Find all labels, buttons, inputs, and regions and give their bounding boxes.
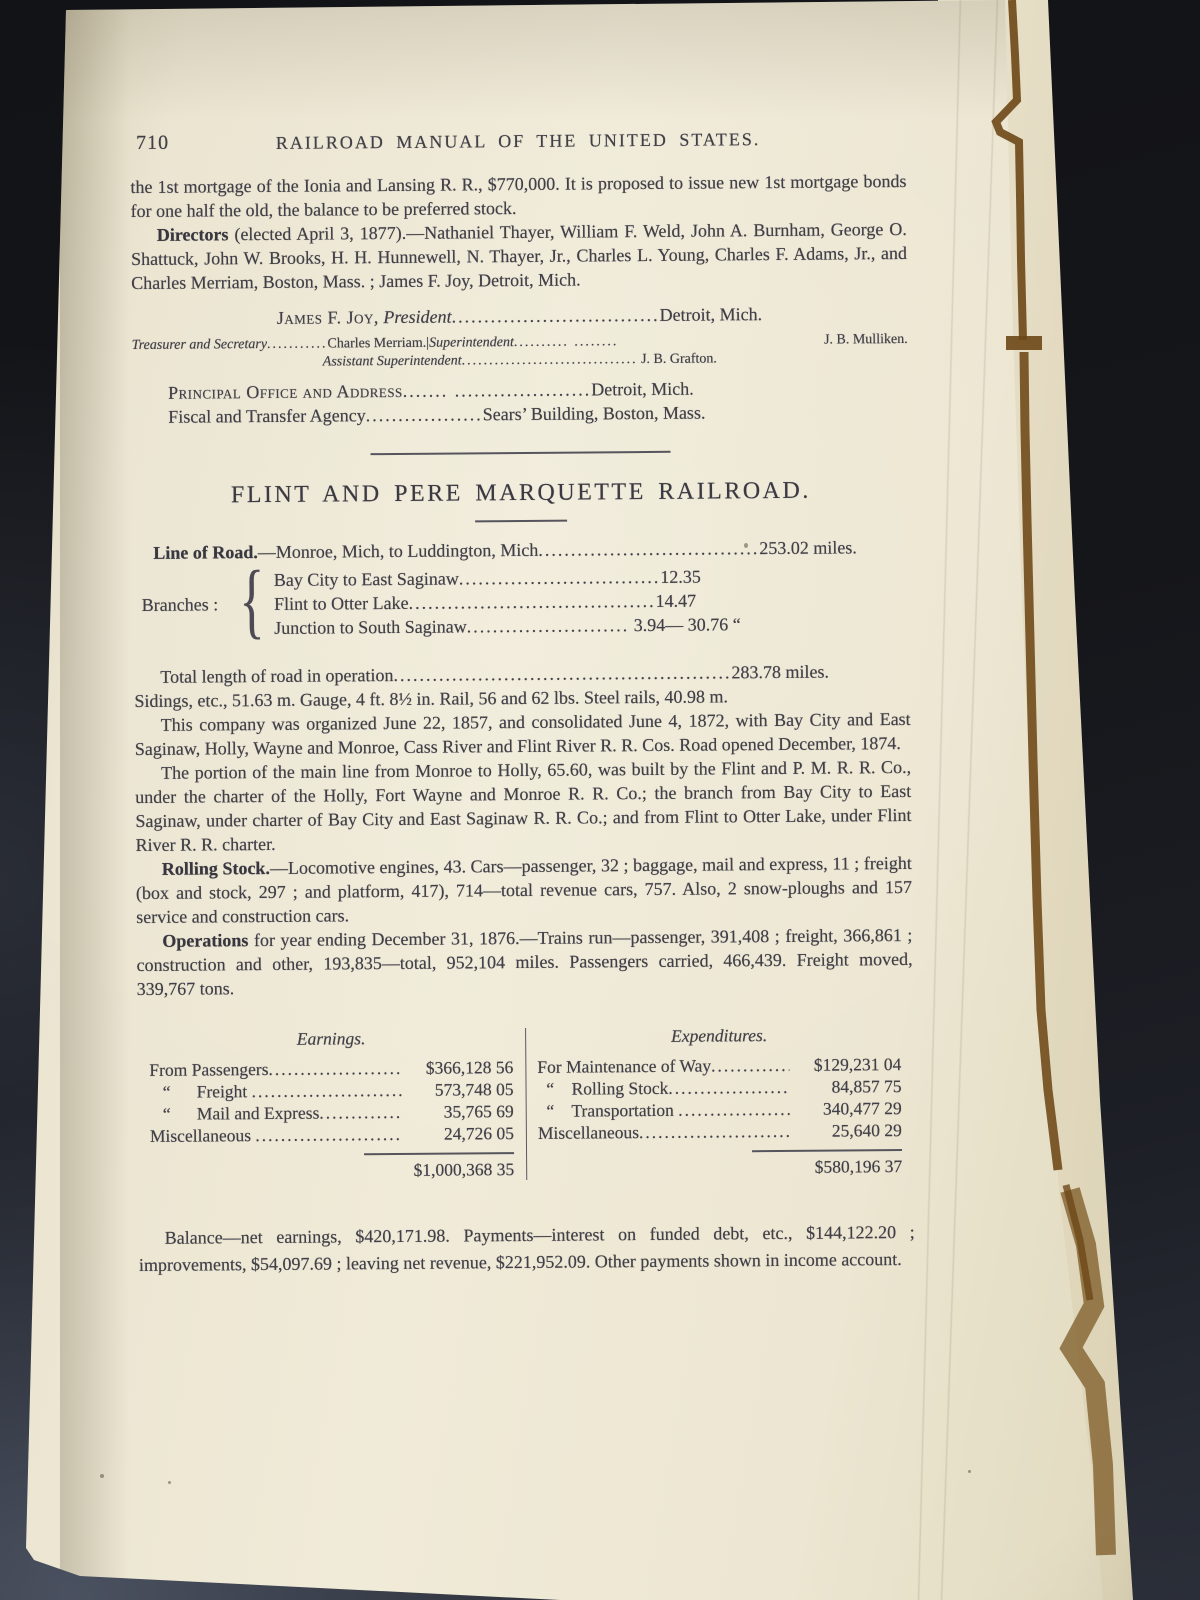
president-line: James F. Joy, President.................… — [131, 301, 907, 331]
row-value: 25,640 29 — [790, 1119, 902, 1142]
superintendent-name: J. B. Mulliken. — [824, 331, 908, 350]
leader-dots: .................. — [366, 404, 483, 425]
total-length-text: Total length of road in operation — [160, 665, 393, 687]
president-title: President — [379, 307, 452, 328]
row-label: Miscellaneous — [538, 1121, 639, 1144]
branch-text: Junction to South Saginaw — [274, 616, 467, 638]
paper-speck — [100, 1474, 104, 1478]
row-label: “ Mail and Express — [150, 1102, 320, 1125]
expenditures-header: Expenditures. — [537, 1023, 901, 1048]
row-label: From Passengers — [149, 1058, 268, 1081]
page-content: 710 RAILROAD MANUAL OF THE UNITED STATES… — [130, 125, 915, 1297]
leader-dots: ........................................… — [639, 1120, 790, 1143]
total-length-miles: 283.78 miles. — [731, 662, 829, 683]
fiscal-agency-label: Fiscal and Transfer Agency — [168, 405, 366, 427]
balance-paragraph: Balance—net earnings, $420,171.98. Payme… — [139, 1219, 915, 1279]
leader-dots: ........................................… — [319, 1101, 402, 1124]
branch-item: Bay City to East Saginaw................… — [274, 564, 741, 592]
total-rule — [364, 1152, 514, 1155]
directors-text: (elected April 3, 1877).—Nathaniel Thaye… — [131, 219, 907, 293]
row-label: Miscellaneous — [150, 1124, 256, 1147]
leader-dots: ................................ — [452, 305, 660, 327]
branch-item: Flint to Otter Lake.....................… — [274, 588, 741, 616]
earnings-column: Earnings. From Passengers...............… — [137, 1026, 526, 1183]
title-underline-rule — [475, 520, 567, 523]
paper-speck — [968, 1470, 971, 1473]
leader-dots: ............................... — [459, 567, 661, 589]
page-gutter-shadow — [60, 0, 130, 1600]
leader-dots: ........................................… — [711, 1054, 789, 1077]
leader-dots: ....... ..................... — [403, 379, 592, 400]
section-divider-rule — [371, 451, 671, 455]
directors-lead: Directors — [157, 224, 229, 245]
table-row: For Maintenance of Way..................… — [537, 1053, 901, 1078]
company-paragraph: This company was organized June 22, 1857… — [135, 707, 911, 761]
leader-dots: ........................................… — [252, 1079, 402, 1102]
branch-item: Junction to South Saginaw...............… — [274, 612, 741, 640]
leader-dots: .......... ........ — [514, 332, 824, 352]
leader-dots: ........................................… — [268, 1057, 401, 1080]
intro-paragraph: the 1st mortgage of the Ionia and Lansin… — [130, 169, 906, 223]
paper-speck — [168, 1481, 171, 1484]
branch-miles: 3.94— 30.76 “ — [629, 614, 741, 635]
table-row: “ Transportation .......................… — [538, 1097, 902, 1122]
row-label: For Maintenance of Way — [537, 1055, 711, 1078]
row-label: “ Transportation — [538, 1099, 679, 1122]
brace-glyph: { — [239, 566, 265, 636]
branch-miles: 14.47 — [655, 591, 696, 611]
branches-block: Branches : { Bay City to East Saginaw...… — [133, 561, 910, 643]
rolling-stock-lead: Rolling Stock. — [162, 858, 270, 879]
branch-text: Bay City to East Saginaw — [274, 568, 459, 589]
branch-miles: 12.35 — [660, 567, 701, 587]
superintendent-label: Superintendent — [429, 334, 514, 353]
fiscal-agency-value: Sears’ Building, Boston, Mass. — [483, 403, 706, 425]
row-label: “ Freight — [149, 1080, 251, 1103]
portion-paragraph: The portion of the main line from Monroe… — [135, 755, 912, 857]
running-header-title: RAILROAD MANUAL OF THE UNITED STATES. — [130, 126, 906, 156]
operations-text: for year ending December 31, 1876.—Train… — [136, 925, 912, 999]
earnings-header: Earnings. — [149, 1026, 513, 1051]
earnings-total: $1,000,368 35 — [150, 1158, 514, 1183]
treasurer-label: Treasurer and Secretary — [132, 336, 267, 355]
leader-dots: ........................................… — [393, 662, 731, 685]
financial-table: Earnings. From Passengers...............… — [137, 1023, 914, 1183]
book-page-photo: 710 RAILROAD MANUAL OF THE UNITED STATES… — [0, 0, 1200, 1600]
row-value: 573,748 05 — [401, 1078, 513, 1101]
president-location: Detroit, Mich. — [660, 304, 763, 325]
branch-lines: Bay City to East Saginaw................… — [274, 564, 741, 640]
operations-lead: Operations — [162, 930, 248, 951]
table-row: “ Mail and Express......................… — [150, 1100, 514, 1125]
branch-text: Flint to Otter Lake — [274, 593, 409, 614]
row-value: 35,765 69 — [402, 1100, 514, 1123]
leader-dots: ................................ — [462, 352, 638, 368]
principal-office-value: Detroit, Mich. — [591, 379, 694, 400]
principal-office-label: Principal Office and Address — [168, 381, 403, 403]
table-row: From Passengers.........................… — [149, 1056, 513, 1081]
table-row: “ Freight ..............................… — [149, 1078, 513, 1103]
row-value: $366,128 56 — [401, 1056, 513, 1079]
row-value: 340,477 29 — [790, 1097, 902, 1120]
expenditures-total: $580,196 37 — [538, 1155, 902, 1180]
leader-dots: ........... — [267, 336, 328, 354]
paper-speck — [744, 543, 748, 548]
leader-dots: ........................................… — [678, 1098, 790, 1121]
leader-dots: ........................................… — [668, 1076, 789, 1099]
leader-dots: ......................... — [467, 615, 630, 636]
leader-dots: .................................. — [538, 538, 759, 560]
assistant-label: Assistant Superintendent — [323, 353, 462, 369]
president-name: James F. Joy, — [277, 307, 379, 328]
directors-paragraph: Directors (elected April 3, 1877).—Natha… — [131, 217, 908, 295]
fiscal-agency-line: Fiscal and Transfer Agency..............… — [132, 399, 908, 429]
section-title: FLINT AND PERE MARQUETTE RAILROAD. — [133, 475, 909, 511]
row-value: 84,857 75 — [789, 1075, 901, 1098]
expenditures-column: Expenditures. For Maintenance of Way....… — [525, 1023, 914, 1180]
assistant-name: J. B. Grafton. — [638, 351, 717, 367]
operations-paragraph: Operations for year ending December 31, … — [136, 923, 913, 1001]
leader-dots: ........................................… — [255, 1123, 402, 1146]
rolling-stock-paragraph: Rolling Stock.—Locomotive engines, 43. C… — [136, 851, 913, 929]
torn-page-edge — [920, 0, 1150, 1600]
table-row: Miscellaneous ..........................… — [150, 1122, 514, 1147]
row-value: 24,726 05 — [402, 1122, 514, 1145]
row-value: $129,231 04 — [789, 1053, 901, 1076]
treasurer-name: Charles Merriam. — [327, 335, 426, 354]
leader-dots: ...................................... — [408, 591, 655, 613]
running-header: 710 RAILROAD MANUAL OF THE UNITED STATES… — [130, 125, 906, 157]
line-of-road-text: —Monroe, Mich, to Luddington, Mich — [258, 540, 539, 562]
total-rule — [752, 1149, 902, 1152]
line-of-road-miles: 253.02 miles. — [759, 537, 857, 558]
row-label: “ Rolling Stock — [537, 1077, 668, 1100]
table-row: Miscellaneous...........................… — [538, 1119, 902, 1144]
branches-label: Branches : — [134, 592, 238, 617]
table-row: “ Rolling Stock.........................… — [537, 1075, 901, 1100]
